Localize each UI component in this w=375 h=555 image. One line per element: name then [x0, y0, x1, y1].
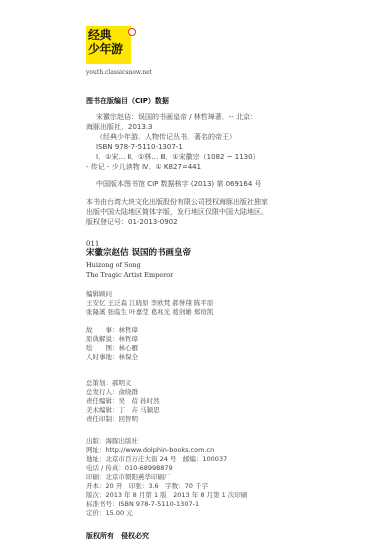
- creator-role: 绘 图：: [86, 344, 119, 352]
- creator-row: 原典解说：林哲璋: [86, 335, 138, 344]
- logo-line-2: 少年游: [88, 42, 123, 56]
- cip-line: 宋徽宗赵佶：误国的书画皇帝 / 林哲璋著．-- 北京：: [96, 113, 257, 122]
- book-title: 宋徽宗赵佶 误国的书画皇帝: [86, 249, 191, 258]
- creator-row: 人时事地：林保全: [86, 353, 138, 362]
- staff-role: 美术编辑：: [86, 406, 119, 414]
- logo-text: 经典 少年游: [88, 28, 123, 56]
- staff-name: 回智明: [119, 415, 139, 423]
- staff-role: 总发行人：: [86, 388, 119, 396]
- license-line: 出版中国大陆地区简体字版，发行地区仅限中国大陆地区。: [86, 208, 268, 217]
- book-title-en-1: Huizong of Song: [86, 261, 141, 270]
- logo-url: youth.classicsnow.net: [86, 69, 152, 76]
- publishing-line: 地址：北京市百万庄大街 24 号 邮编：100037: [86, 455, 227, 464]
- series-logo: 经典 少年游: [86, 26, 131, 64]
- cip-line: ISBN 978-7-5110-1307-1: [96, 143, 183, 152]
- advisors-label: 编辑顾问: [86, 290, 112, 299]
- publishing-line: 标准书号：ISBN 978-7-5110-1307-1: [86, 500, 199, 509]
- creator-name: 林保全: [119, 353, 139, 361]
- staff-name: 俞晓群: [119, 388, 139, 396]
- license-line: 本书由台湾大块文化出版股份有限公司授权海豚出版社独家: [86, 198, 268, 207]
- cip-library-note: 中国版本图书馆 CIP 数据核字 (2013) 第 069164 号: [96, 180, 262, 189]
- publishing-line: 印刷：北京市朝阳燕华印刷厂: [86, 473, 171, 482]
- staff-name: 吴 蓓 孙时然: [119, 397, 160, 405]
- creator-name: 林心雁: [119, 344, 139, 352]
- logo-dot-icon: [128, 28, 136, 36]
- copyright-notice: 版权所有 侵权必究: [86, 532, 149, 541]
- creator-name: 林哲璋: [119, 326, 139, 334]
- cip-line: （经典少年游．人物传记丛书．著名的帝王）: [96, 133, 236, 142]
- staff-row: 总发行人：俞晓群: [86, 388, 138, 397]
- creator-role: 故 事：: [86, 326, 119, 334]
- cip-line: - 传记 - 少儿读物 Ⅳ．① K827=441: [86, 163, 201, 172]
- logo-line-1: 经典: [88, 28, 123, 42]
- staff-row: 美术编辑：丁 卉 马颖思: [86, 406, 160, 415]
- advisors-row: 王安忆 王泛森 江晓原 李欧梵 郝誉翔 陈平原: [86, 299, 213, 308]
- publishing-line: 电话 / 传真：010-68998879: [86, 464, 173, 473]
- staff-row: 责任编辑：吴 蓓 孙时然: [86, 397, 160, 406]
- cip-line: Ⅰ．①宋… Ⅱ．①林… Ⅲ．①宋徽宗（1082 ~ 1130）: [96, 153, 260, 162]
- advisors-row: 张隆溪 张临生 叶嘉莹 葛兆光 葛剑雄 郑培凯: [86, 308, 213, 317]
- creator-role: 人时事地：: [86, 353, 119, 361]
- staff-role: 总策划：: [86, 379, 112, 387]
- publishing-website: 网址：http://www.dolphin-books.com.cn: [86, 446, 214, 455]
- publishing-line: 出版：海豚出版社: [86, 437, 138, 446]
- book-title-en-2: The Tragic Artist Emperor: [86, 271, 173, 280]
- creator-name: 林哲璋: [119, 335, 139, 343]
- publishing-price: 定价：15.00 元: [86, 509, 133, 518]
- staff-row: 责任印制：回智明: [86, 415, 138, 424]
- staff-role: 责任编辑：: [86, 397, 119, 405]
- publishing-line: 开本：20 开 印张：3.6 字数：70 千字: [86, 482, 208, 491]
- creator-role: 原典解说：: [86, 335, 119, 343]
- publishing-line: 版次：2013 年 8 月第 1 版 2013 年 8 月第 1 次印刷: [86, 491, 247, 500]
- cip-line: 海豚出版社，2013.3: [86, 123, 153, 132]
- staff-role: 责任印制：: [86, 415, 119, 423]
- creator-row: 绘 图：林心雁: [86, 344, 138, 353]
- creator-row: 故 事：林哲璋: [86, 326, 138, 335]
- staff-name: 郝明义: [112, 379, 132, 387]
- license-line: 版权登记号：01-2013-0902: [86, 218, 178, 227]
- cip-heading: 图书在版编目（CIP）数据: [86, 97, 169, 106]
- staff-row: 总策划：郝明义: [86, 379, 132, 388]
- staff-name: 丁 卉 马颖思: [119, 406, 160, 414]
